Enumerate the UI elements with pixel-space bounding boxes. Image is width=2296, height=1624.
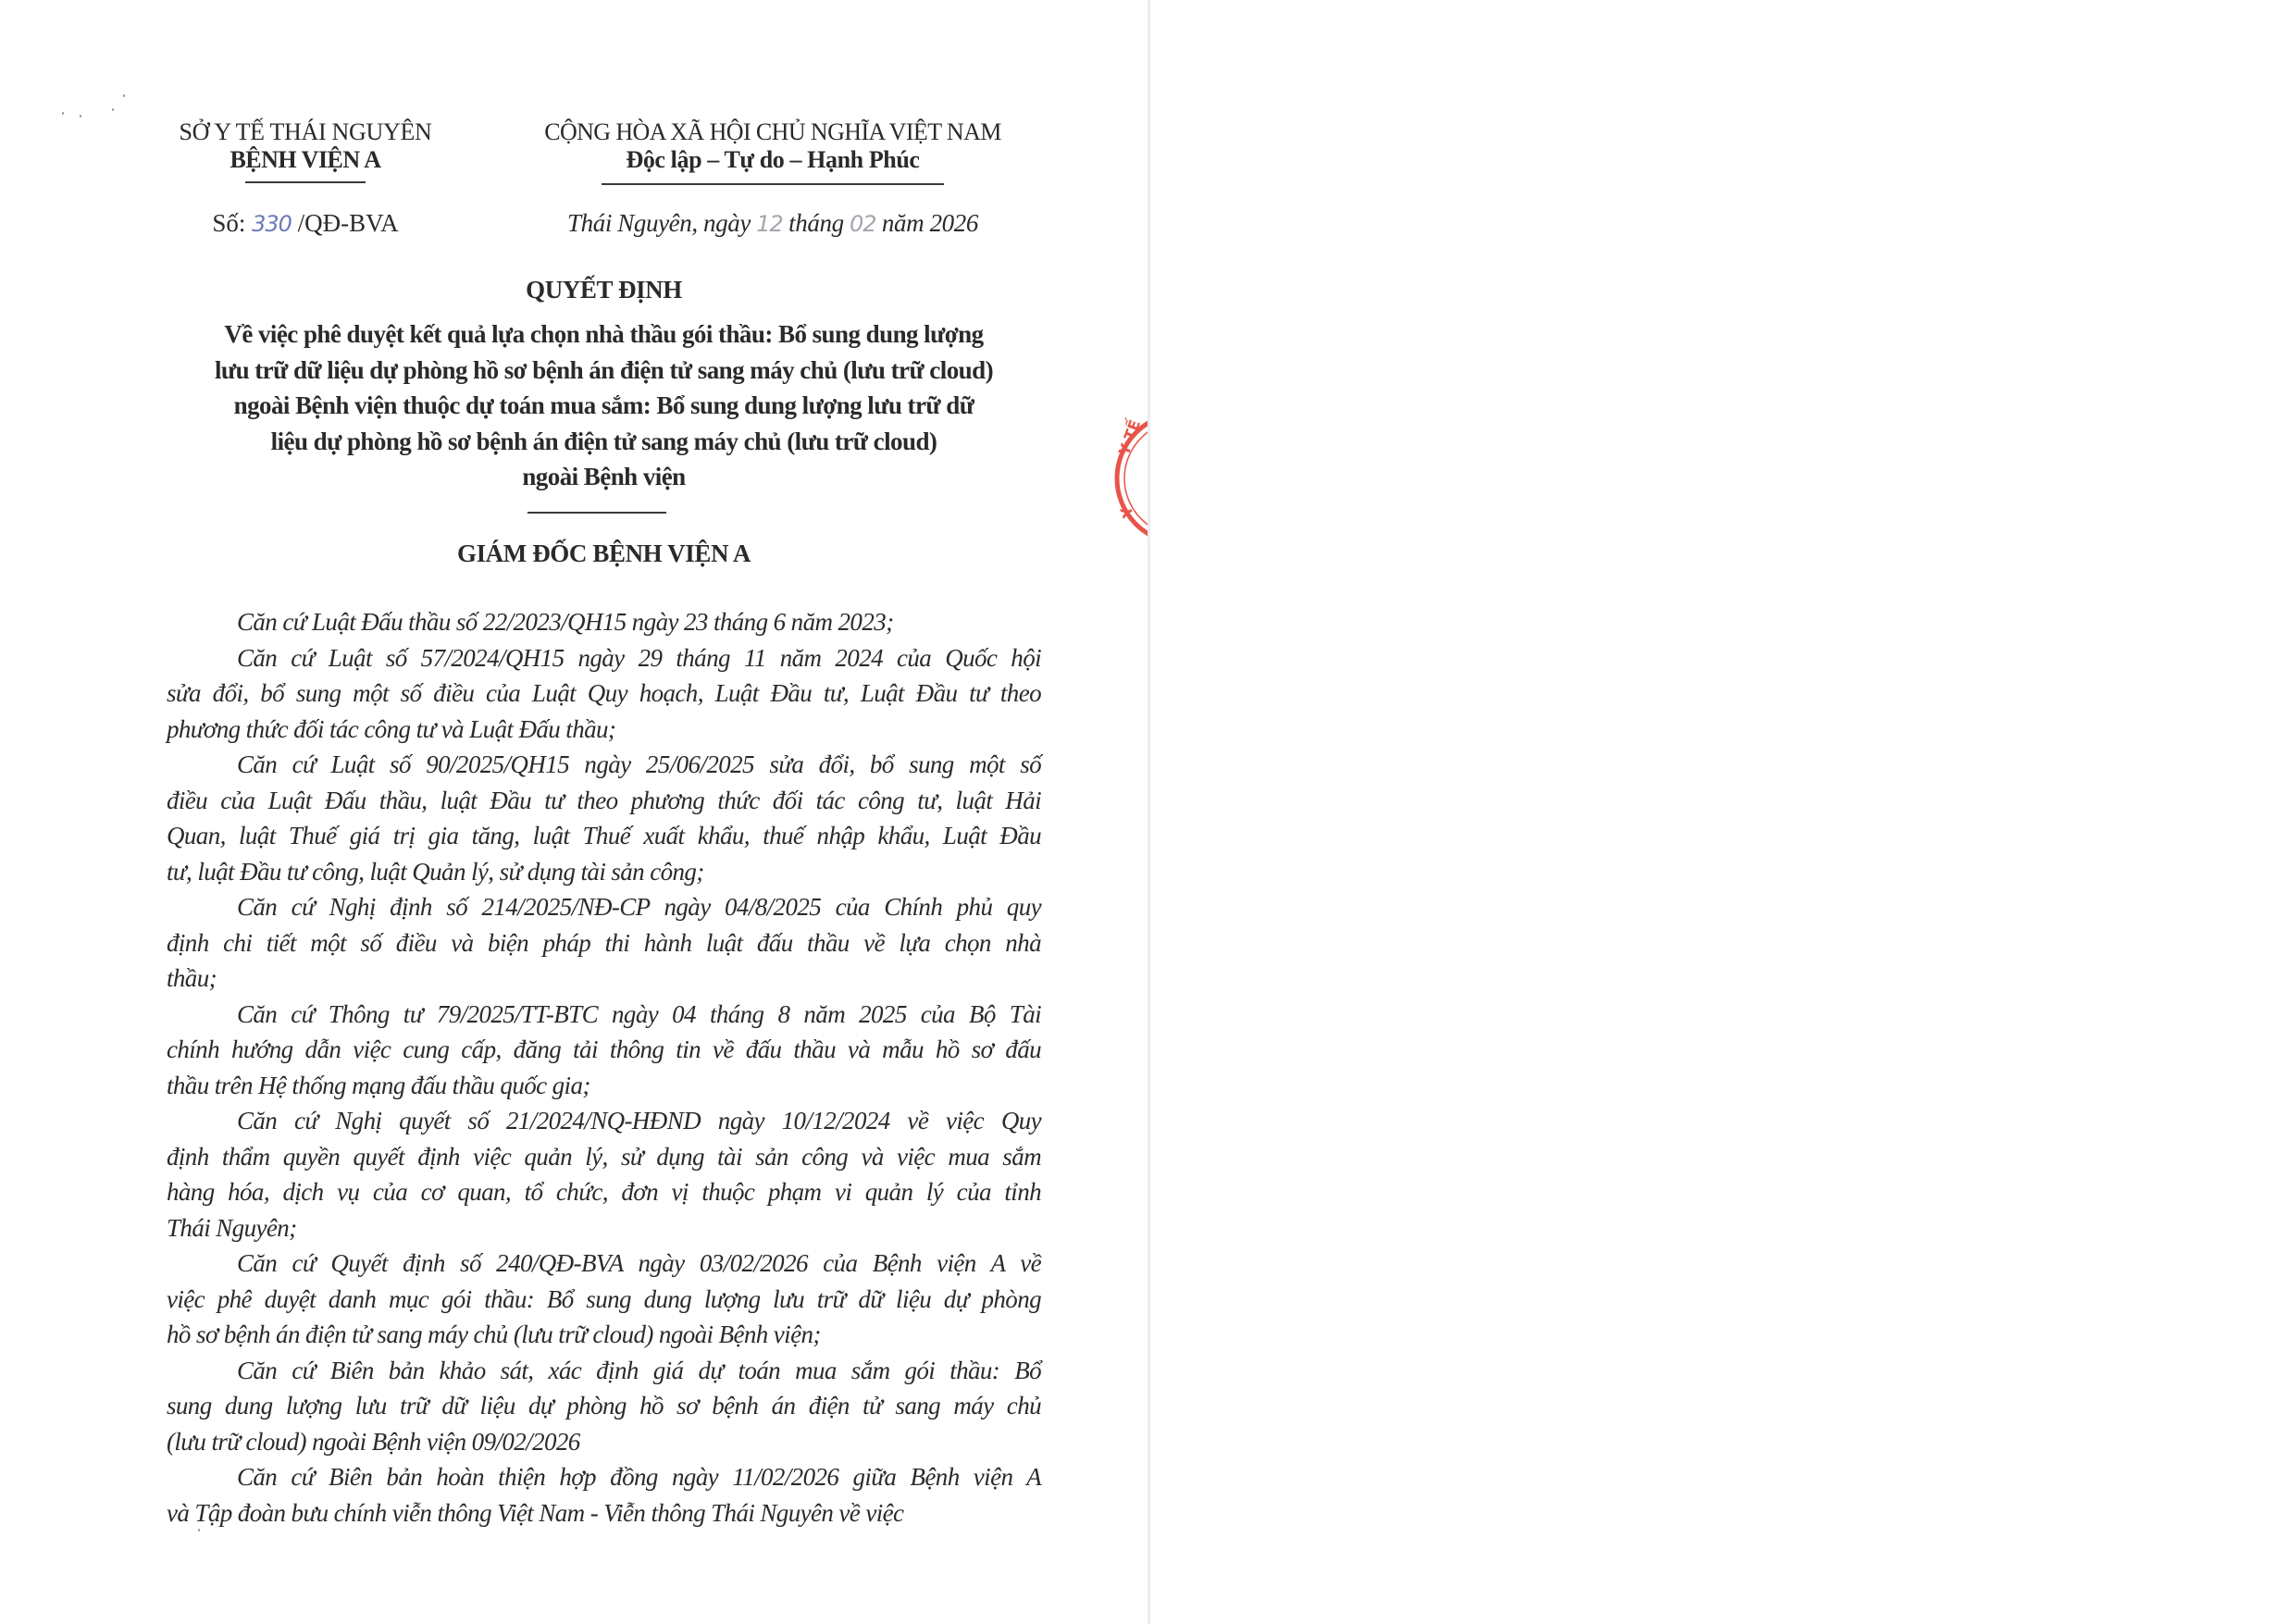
organization-name: BỆNH VIỆN A bbox=[167, 146, 444, 174]
date-place: Thái Nguyên, ngày bbox=[567, 209, 756, 237]
motto-underline bbox=[602, 183, 944, 185]
paragraph-line: Căn cứ Luật số 57/2024/QH15 ngày 29 thán… bbox=[167, 640, 1041, 676]
document-body: Căn cứ Luật Đấu thầu số 22/2023/QH15 ngà… bbox=[167, 604, 1041, 1531]
number-prefix: Số: bbox=[212, 209, 252, 237]
paragraph-line: hồ sơ bệnh án điện tử sang máy chủ (lưu … bbox=[167, 1317, 1041, 1353]
paragraph-line: thầu; bbox=[167, 961, 1041, 997]
place-and-date: Thái Nguyên, ngày 12 tháng 02 năm 2026 bbox=[500, 209, 1046, 238]
paragraph-line: việc phê duyệt danh mục gói thầu: Bổ sun… bbox=[167, 1282, 1041, 1318]
legal-basis-paragraph: Căn cứ Luật Đấu thầu số 22/2023/QH15 ngà… bbox=[167, 604, 1041, 640]
subject-line: liệu dự phòng hồ sơ bệnh án điện tử sang… bbox=[162, 424, 1046, 460]
subject-line: lưu trữ dữ liệu dự phòng hồ sơ bệnh án đ… bbox=[162, 353, 1046, 389]
issuing-agency-block: SỞ Y TẾ THÁI NGUYÊN BỆNH VIỆN A bbox=[167, 118, 444, 183]
red-seal-stamp: Y TẾ Y bbox=[1113, 412, 1148, 546]
scan-speck bbox=[123, 94, 125, 97]
subject-line: ngoài Bệnh viện bbox=[162, 459, 1046, 495]
paragraph-line: điều của Luật Đấu thầu, luật Đầu tư theo… bbox=[167, 783, 1041, 819]
subject-line: Về việc phê duyệt kết quả lựa chọn nhà t… bbox=[162, 316, 1046, 353]
paragraph-line: tư, luật Đầu tư công, luật Quản lý, sử d… bbox=[167, 854, 1041, 890]
paragraph-line: phương thức đối tác công tư và Luật Đấu … bbox=[167, 712, 1041, 748]
scan-speck bbox=[62, 112, 64, 115]
paragraph-line: sung dung lượng lưu trữ dữ liệu dự phòng… bbox=[167, 1388, 1041, 1424]
nation-name: CỘNG HÒA XÃ HỘI CHỦ NGHĨA VIỆT NAM bbox=[500, 118, 1046, 146]
blank-page bbox=[1150, 0, 2296, 1624]
month-label: tháng bbox=[783, 209, 850, 237]
paragraph-line: Căn cứ Nghị định số 214/2025/NĐ-CP ngày … bbox=[167, 889, 1041, 925]
legal-basis-paragraph: Căn cứ Nghị quyết số 21/2024/NQ-HĐND ngà… bbox=[167, 1103, 1041, 1246]
paragraph-line: Căn cứ Biên bản khảo sát, xác định giá d… bbox=[167, 1353, 1041, 1389]
paragraph-line: Quan, luật Thuế giá trị gia tăng, luật T… bbox=[167, 818, 1041, 854]
paragraph-line: hàng hóa, dịch vụ của cơ quan, tổ chức, … bbox=[167, 1174, 1041, 1210]
paragraph-line: Thái Nguyên; bbox=[167, 1210, 1041, 1246]
document-page: SỞ Y TẾ THÁI NGUYÊN BỆNH VIỆN A CỘNG HÒA… bbox=[0, 0, 1148, 1624]
legal-basis-paragraph: Căn cứ Luật số 90/2025/QH15 ngày 25/06/2… bbox=[167, 747, 1041, 889]
paragraph-line: thầu trên Hệ thống mạng đấu thầu quốc gi… bbox=[167, 1068, 1041, 1104]
date-year: năm 2026 bbox=[876, 209, 978, 237]
paragraph-line: sửa đổi, bổ sung một số điều của Luật Qu… bbox=[167, 676, 1041, 712]
motto: Độc lập – Tự do – Hạnh Phúc bbox=[500, 146, 1046, 174]
legal-basis-paragraph: Căn cứ Biên bản hoàn thiện hợp đồng ngày… bbox=[167, 1459, 1041, 1531]
legal-basis-paragraph: Căn cứ Luật số 57/2024/QH15 ngày 29 thán… bbox=[167, 640, 1041, 748]
paragraph-line: Căn cứ Nghị quyết số 21/2024/NQ-HĐND ngà… bbox=[167, 1103, 1041, 1139]
paragraph-line: Căn cứ Luật Đấu thầu số 22/2023/QH15 ngà… bbox=[167, 604, 1041, 640]
paragraph-line: chính hướng dẫn việc cung cấp, đăng tải … bbox=[167, 1032, 1041, 1068]
parent-agency: SỞ Y TẾ THÁI NGUYÊN bbox=[167, 118, 444, 146]
scan-speck bbox=[80, 115, 81, 118]
number-suffix: /QĐ-BVA bbox=[292, 209, 399, 237]
paragraph-line: định thẩm quyền quyết định việc quản lý,… bbox=[167, 1139, 1041, 1175]
paragraph-line: Căn cứ Quyết định số 240/QĐ-BVA ngày 03/… bbox=[167, 1246, 1041, 1282]
issuing-authority: GIÁM ĐỐC BỆNH VIỆN A bbox=[167, 539, 1041, 568]
legal-basis-paragraph: Căn cứ Biên bản khảo sát, xác định giá d… bbox=[167, 1353, 1041, 1460]
paragraph-line: Căn cứ Thông tư 79/2025/TT-BTC ngày 04 t… bbox=[167, 997, 1041, 1033]
paragraph-line: và Tập đoàn bưu chính viễn thông Việt Na… bbox=[167, 1495, 1041, 1531]
legal-basis-paragraph: Căn cứ Thông tư 79/2025/TT-BTC ngày 04 t… bbox=[167, 997, 1041, 1104]
scan-speck bbox=[112, 108, 114, 111]
subject-underline bbox=[527, 512, 666, 514]
legal-basis-paragraph: Căn cứ Nghị định số 214/2025/NĐ-CP ngày … bbox=[167, 889, 1041, 997]
legal-basis-paragraph: Căn cứ Quyết định số 240/QĐ-BVA ngày 03/… bbox=[167, 1246, 1041, 1353]
svg-text:Y: Y bbox=[1117, 503, 1137, 521]
paragraph-line: định chi tiết một số điều và biện pháp t… bbox=[167, 925, 1041, 961]
document-title: QUYẾT ĐỊNH bbox=[167, 276, 1041, 304]
subject-line: ngoài Bệnh viện thuộc dự toán mua sắm: B… bbox=[162, 388, 1046, 424]
national-motto-block: CỘNG HÒA XÃ HỘI CHỦ NGHĨA VIỆT NAM Độc l… bbox=[500, 118, 1046, 185]
document-subject: Về việc phê duyệt kết quả lựa chọn nhà t… bbox=[162, 316, 1046, 495]
paragraph-line: Căn cứ Luật số 90/2025/QH15 ngày 25/06/2… bbox=[167, 747, 1041, 783]
paragraph-line: Căn cứ Biên bản hoàn thiện hợp đồng ngày… bbox=[167, 1459, 1041, 1495]
handwritten-number: 330 bbox=[252, 211, 292, 237]
document-number: Số: 330 /QĐ-BVA bbox=[167, 209, 444, 238]
paragraph-line: (lưu trữ cloud) ngoài Bệnh viện 09/02/20… bbox=[167, 1424, 1041, 1460]
svg-text:Y TẾ: Y TẾ bbox=[1113, 416, 1144, 458]
handwritten-month: 02 bbox=[850, 211, 876, 237]
handwritten-day: 12 bbox=[756, 211, 783, 237]
organization-underline bbox=[245, 181, 366, 183]
